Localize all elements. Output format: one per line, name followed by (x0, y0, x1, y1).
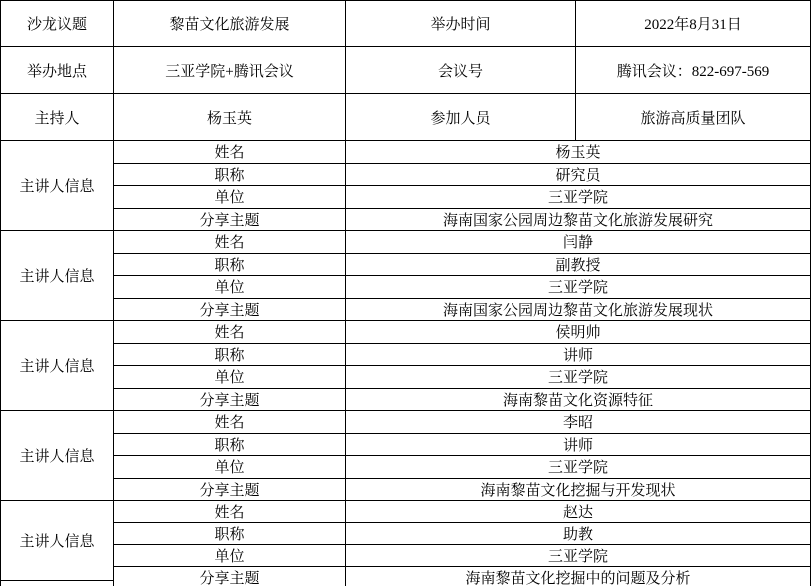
speaker-section-label: 主讲人信息 (1, 321, 114, 411)
event-time-value-cell: 2022年8月31日 (576, 1, 811, 47)
speaker-block: 主讲人信息 姓名 闫静 职称 副教授 单位 三亚学院 分享主题 海南国家公园周边… (1, 231, 811, 321)
participants-value-cell: 旅游高质量团队 (576, 94, 811, 141)
title-value-cell: 讲师 (346, 434, 811, 457)
topic-label-cell: 分享主题 (114, 389, 346, 412)
title-label-cell: 职称 (114, 254, 346, 277)
table-row: 分享主题 海南国家公园周边黎苗文化旅游发展研究 (114, 209, 811, 232)
salon-topic-label-cell: 沙龙议题 (1, 1, 114, 47)
table-row-cutoff (1, 581, 811, 586)
cutoff-cell (1, 581, 114, 586)
unit-value-cell: 三亚学院 (346, 366, 811, 389)
table-row: 单位 三亚学院 (114, 276, 811, 299)
table-row: 职称 研究员 (114, 164, 811, 187)
event-place-label-cell: 举办地点 (1, 47, 114, 94)
table-row: 单位 三亚学院 (114, 366, 811, 389)
table-row: 单位 三亚学院 (114, 456, 811, 479)
unit-value-cell: 三亚学院 (346, 186, 811, 209)
speaker-block: 主讲人信息 姓名 赵达 职称 助教 单位 三亚学院 分享主题 海南黎苗文化挖掘中… (1, 501, 811, 581)
title-label-cell: 职称 (114, 344, 346, 367)
table-row: 主持人 杨玉英 参加人员 旅游高质量团队 (1, 94, 811, 141)
unit-label-cell: 单位 (114, 276, 346, 299)
name-label-cell: 姓名 (114, 501, 346, 523)
table-row: 姓名 闫静 (114, 231, 811, 254)
table-row: 职称 助教 (114, 523, 811, 545)
title-label-cell: 职称 (114, 164, 346, 187)
name-label-cell: 姓名 (114, 231, 346, 254)
table-row: 单位 三亚学院 (114, 186, 811, 209)
title-label-cell: 职称 (114, 523, 346, 545)
table-row: 职称 讲师 (114, 344, 811, 367)
title-value-cell: 研究员 (346, 164, 811, 187)
name-value-cell: 闫静 (346, 231, 811, 254)
host-label-cell: 主持人 (1, 94, 114, 141)
speaker-block: 主讲人信息 姓名 侯明帅 职称 讲师 单位 三亚学院 分享主题 海南黎苗文化资源… (1, 321, 811, 411)
salon-info-page: 沙龙议题 黎苗文化旅游发展 举办时间 2022年8月31日 举办地点 三亚学院+… (0, 0, 811, 586)
unit-value-cell: 三亚学院 (346, 545, 811, 567)
unit-value-cell: 三亚学院 (346, 276, 811, 299)
event-place-value-cell: 三亚学院+腾讯会议 (114, 47, 346, 94)
speaker-section-label: 主讲人信息 (1, 141, 114, 231)
event-time-label-cell: 举办时间 (346, 1, 576, 47)
table-row: 职称 副教授 (114, 254, 811, 277)
meeting-id-label-cell: 会议号 (346, 47, 576, 94)
speaker-block: 主讲人信息 姓名 杨玉英 职称 研究员 单位 三亚学院 分享主题 海南国家公园周… (1, 141, 811, 231)
topic-value-cell: 海南国家公园周边黎苗文化旅游发展研究 (346, 209, 811, 232)
topic-label-cell: 分享主题 (114, 479, 346, 502)
cutoff-cell (114, 581, 346, 586)
topic-value-cell: 海南黎苗文化资源特征 (346, 389, 811, 412)
cutoff-cell (346, 581, 811, 586)
unit-label-cell: 单位 (114, 545, 346, 567)
table-row: 姓名 赵达 (114, 501, 811, 523)
table-row: 姓名 杨玉英 (114, 141, 811, 164)
name-value-cell: 李昭 (346, 411, 811, 434)
salon-topic-value-cell: 黎苗文化旅游发展 (114, 1, 346, 47)
topic-label-cell: 分享主题 (114, 299, 346, 322)
unit-label-cell: 单位 (114, 456, 346, 479)
participants-label-cell: 参加人员 (346, 94, 576, 141)
meeting-id-value-cell: 腾讯会议：822-697-569 (576, 47, 811, 94)
unit-label-cell: 单位 (114, 366, 346, 389)
table-row: 姓名 李昭 (114, 411, 811, 434)
speaker-block: 主讲人信息 姓名 李昭 职称 讲师 单位 三亚学院 分享主题 海南黎苗文化挖掘与… (1, 411, 811, 501)
title-label-cell: 职称 (114, 434, 346, 457)
topic-label-cell: 分享主题 (114, 209, 346, 232)
table-row: 职称 讲师 (114, 434, 811, 457)
name-value-cell: 杨玉英 (346, 141, 811, 164)
salon-info-table: 沙龙议题 黎苗文化旅游发展 举办时间 2022年8月31日 举办地点 三亚学院+… (0, 0, 811, 586)
name-value-cell: 侯明帅 (346, 321, 811, 344)
speaker-section-label: 主讲人信息 (1, 231, 114, 321)
title-value-cell: 助教 (346, 523, 811, 545)
table-row: 分享主题 海南黎苗文化挖掘与开发现状 (114, 479, 811, 502)
name-label-cell: 姓名 (114, 411, 346, 434)
name-label-cell: 姓名 (114, 321, 346, 344)
table-row: 举办地点 三亚学院+腾讯会议 会议号 腾讯会议：822-697-569 (1, 47, 811, 94)
topic-value-cell: 海南黎苗文化挖掘与开发现状 (346, 479, 811, 502)
topic-value-cell: 海南国家公园周边黎苗文化旅游发展现状 (346, 299, 811, 322)
title-value-cell: 副教授 (346, 254, 811, 277)
unit-label-cell: 单位 (114, 186, 346, 209)
table-row: 分享主题 海南国家公园周边黎苗文化旅游发展现状 (114, 299, 811, 322)
table-row: 分享主题 海南黎苗文化资源特征 (114, 389, 811, 412)
table-row: 单位 三亚学院 (114, 545, 811, 567)
unit-value-cell: 三亚学院 (346, 456, 811, 479)
speaker-section-label: 主讲人信息 (1, 501, 114, 581)
name-label-cell: 姓名 (114, 141, 346, 164)
title-value-cell: 讲师 (346, 344, 811, 367)
table-row: 姓名 侯明帅 (114, 321, 811, 344)
host-value-cell: 杨玉英 (114, 94, 346, 141)
table-row: 沙龙议题 黎苗文化旅游发展 举办时间 2022年8月31日 (1, 1, 811, 47)
speaker-section-label: 主讲人信息 (1, 411, 114, 501)
name-value-cell: 赵达 (346, 501, 811, 523)
